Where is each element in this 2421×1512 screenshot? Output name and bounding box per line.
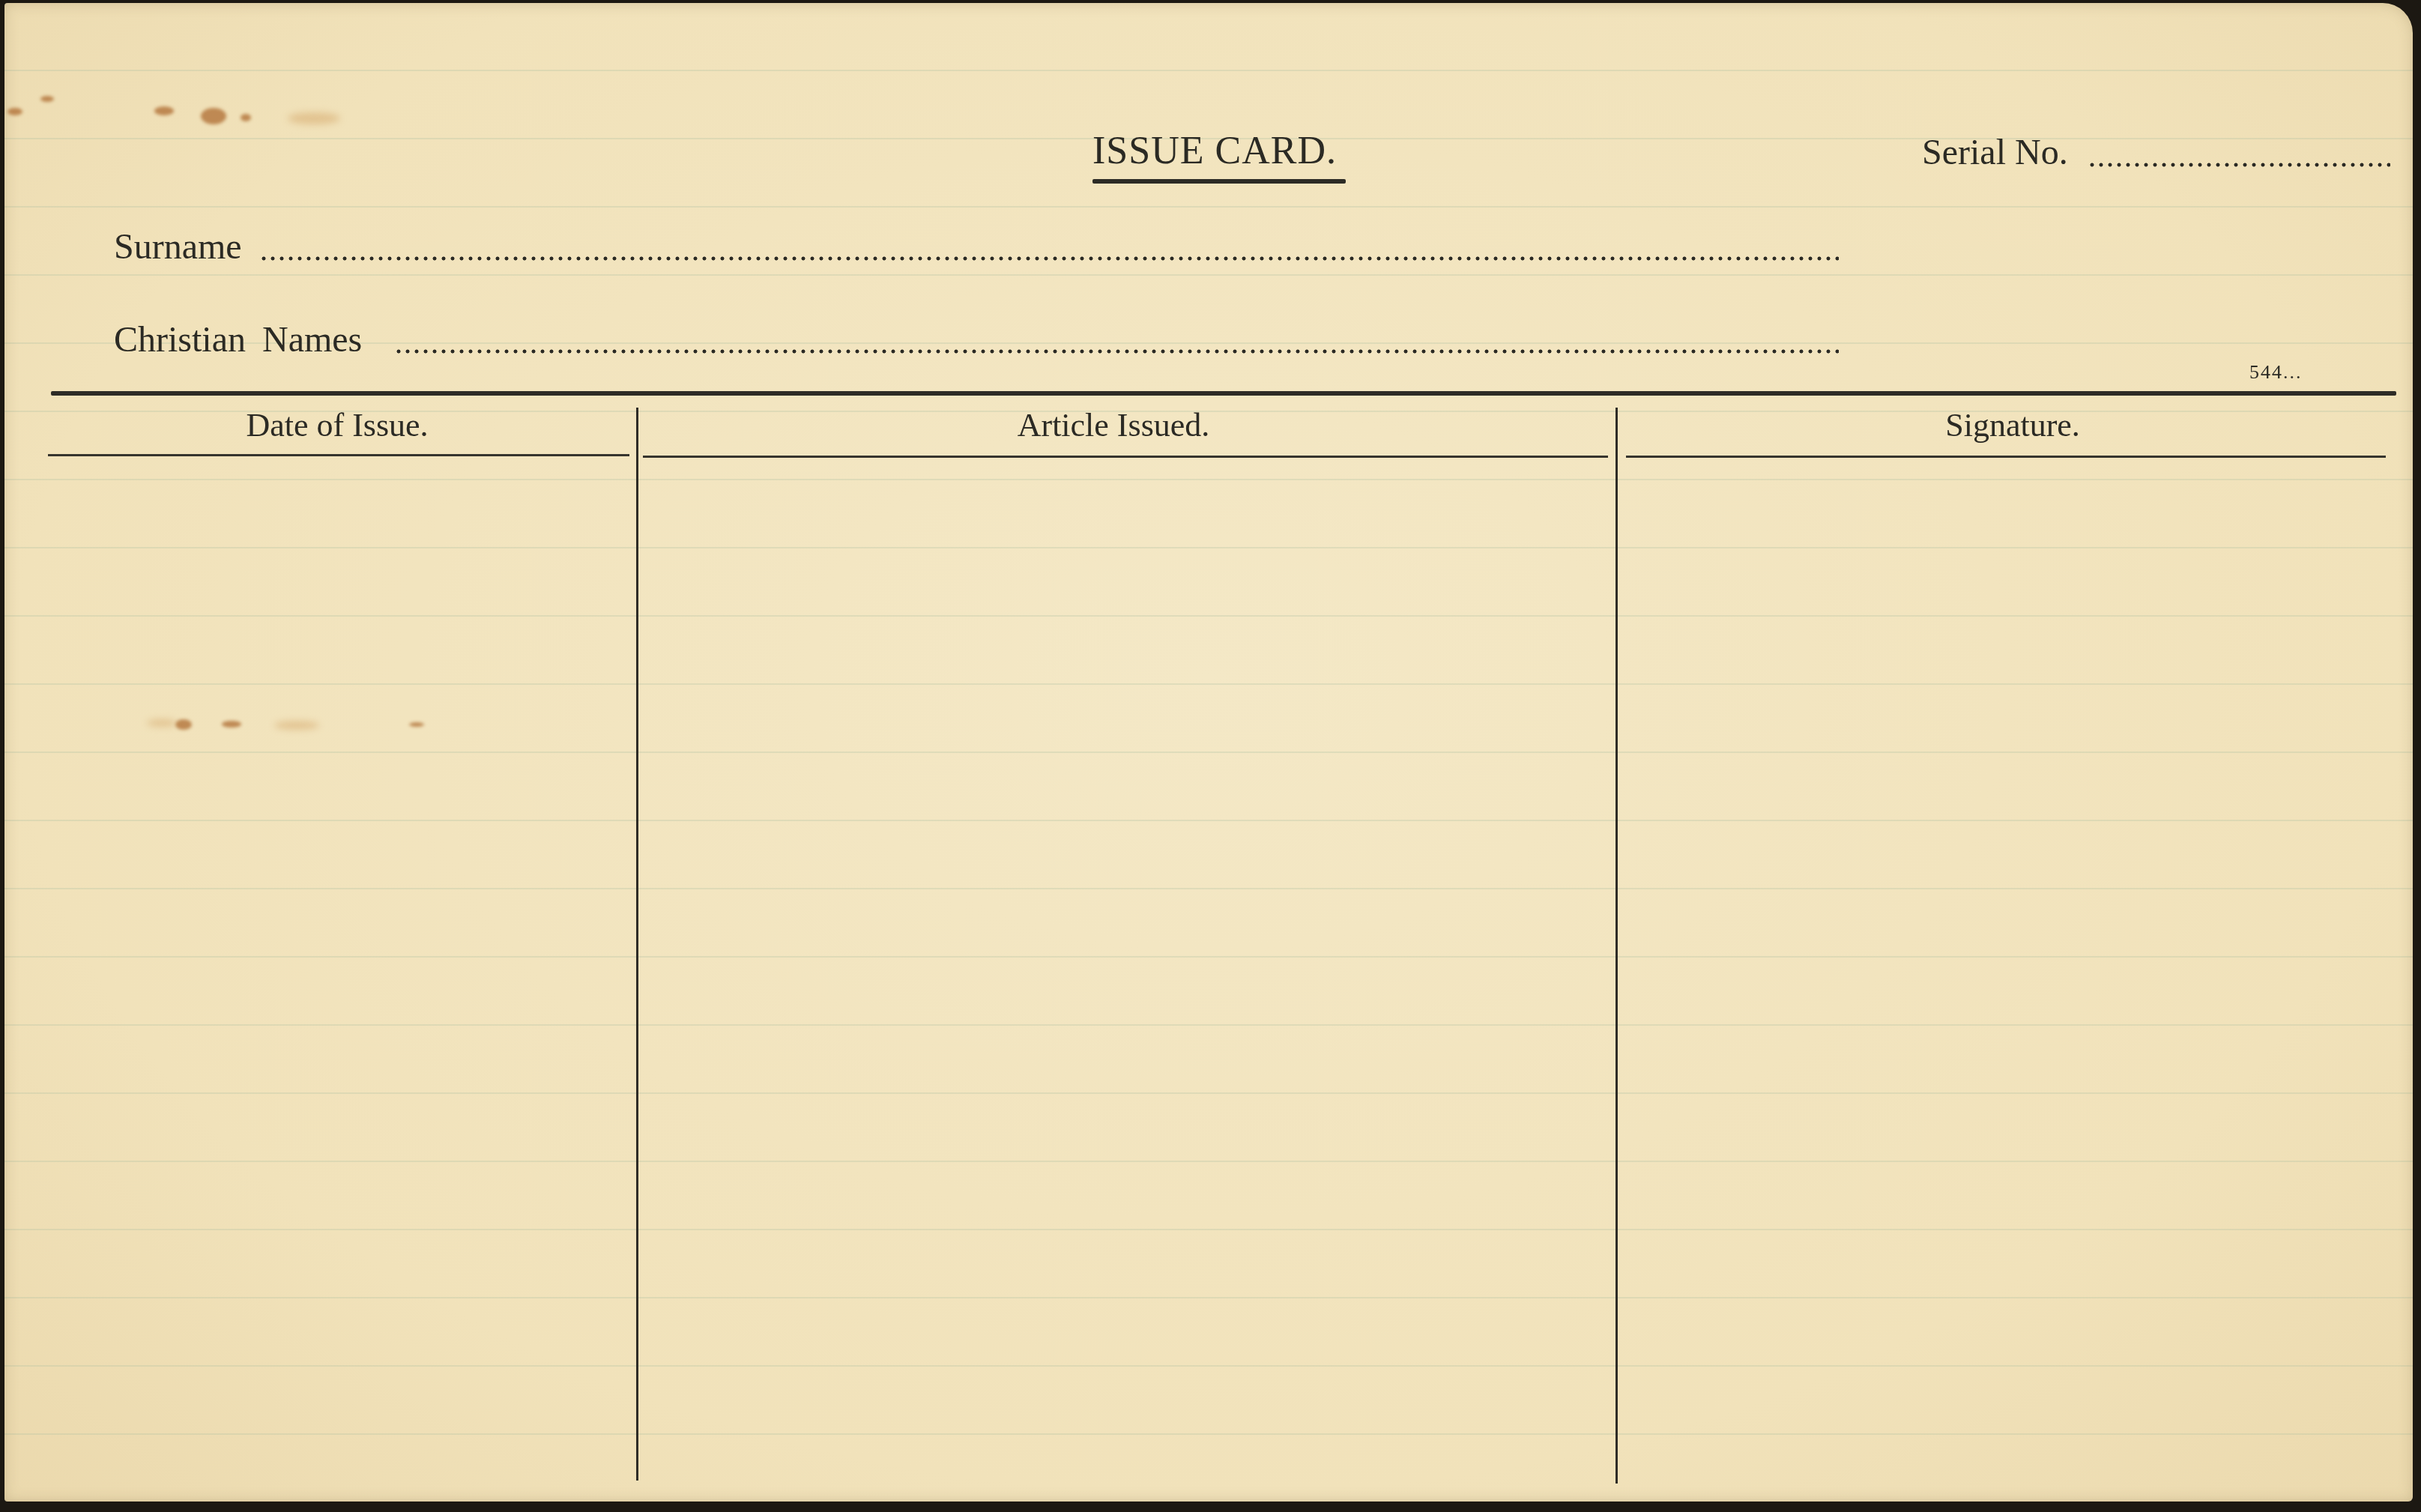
column-rule-article [643, 456, 1608, 458]
serial-number-field[interactable] [2088, 163, 2390, 167]
column-rule-date [48, 454, 629, 456]
title-underline [1092, 179, 1346, 184]
header-divider [51, 391, 2396, 396]
rust-stain [241, 114, 251, 121]
form-number: 544... [2249, 361, 2303, 384]
column-header-signature: Signature. [1945, 406, 2080, 444]
christian-names-label: Christian Names [114, 319, 362, 360]
surname-field[interactable] [259, 256, 1839, 261]
card-title: ISSUE CARD. [1092, 129, 1337, 173]
date-of-issue-column[interactable] [48, 462, 635, 1481]
column-divider-1 [636, 408, 638, 1481]
column-rule-signature [1626, 456, 2386, 458]
column-divider-2 [1615, 408, 1618, 1484]
column-header-date-of-issue: Date of Issue. [246, 406, 428, 444]
rust-stain [288, 112, 340, 124]
rust-stain [154, 106, 174, 115]
issue-card: ISSUE CARD. Serial No. Surname Christian… [4, 3, 2413, 1502]
christian-names-field[interactable] [394, 349, 1839, 354]
rust-stain [7, 108, 22, 115]
rust-stain [201, 108, 226, 124]
column-header-article-issued: Article Issued. [1018, 406, 1210, 444]
article-issued-column[interactable] [640, 462, 1614, 1481]
rust-stain [40, 96, 54, 102]
surname-label: Surname [114, 226, 242, 267]
serial-number-label: Serial No. [1922, 132, 2068, 173]
signature-column[interactable] [1620, 462, 2392, 1481]
